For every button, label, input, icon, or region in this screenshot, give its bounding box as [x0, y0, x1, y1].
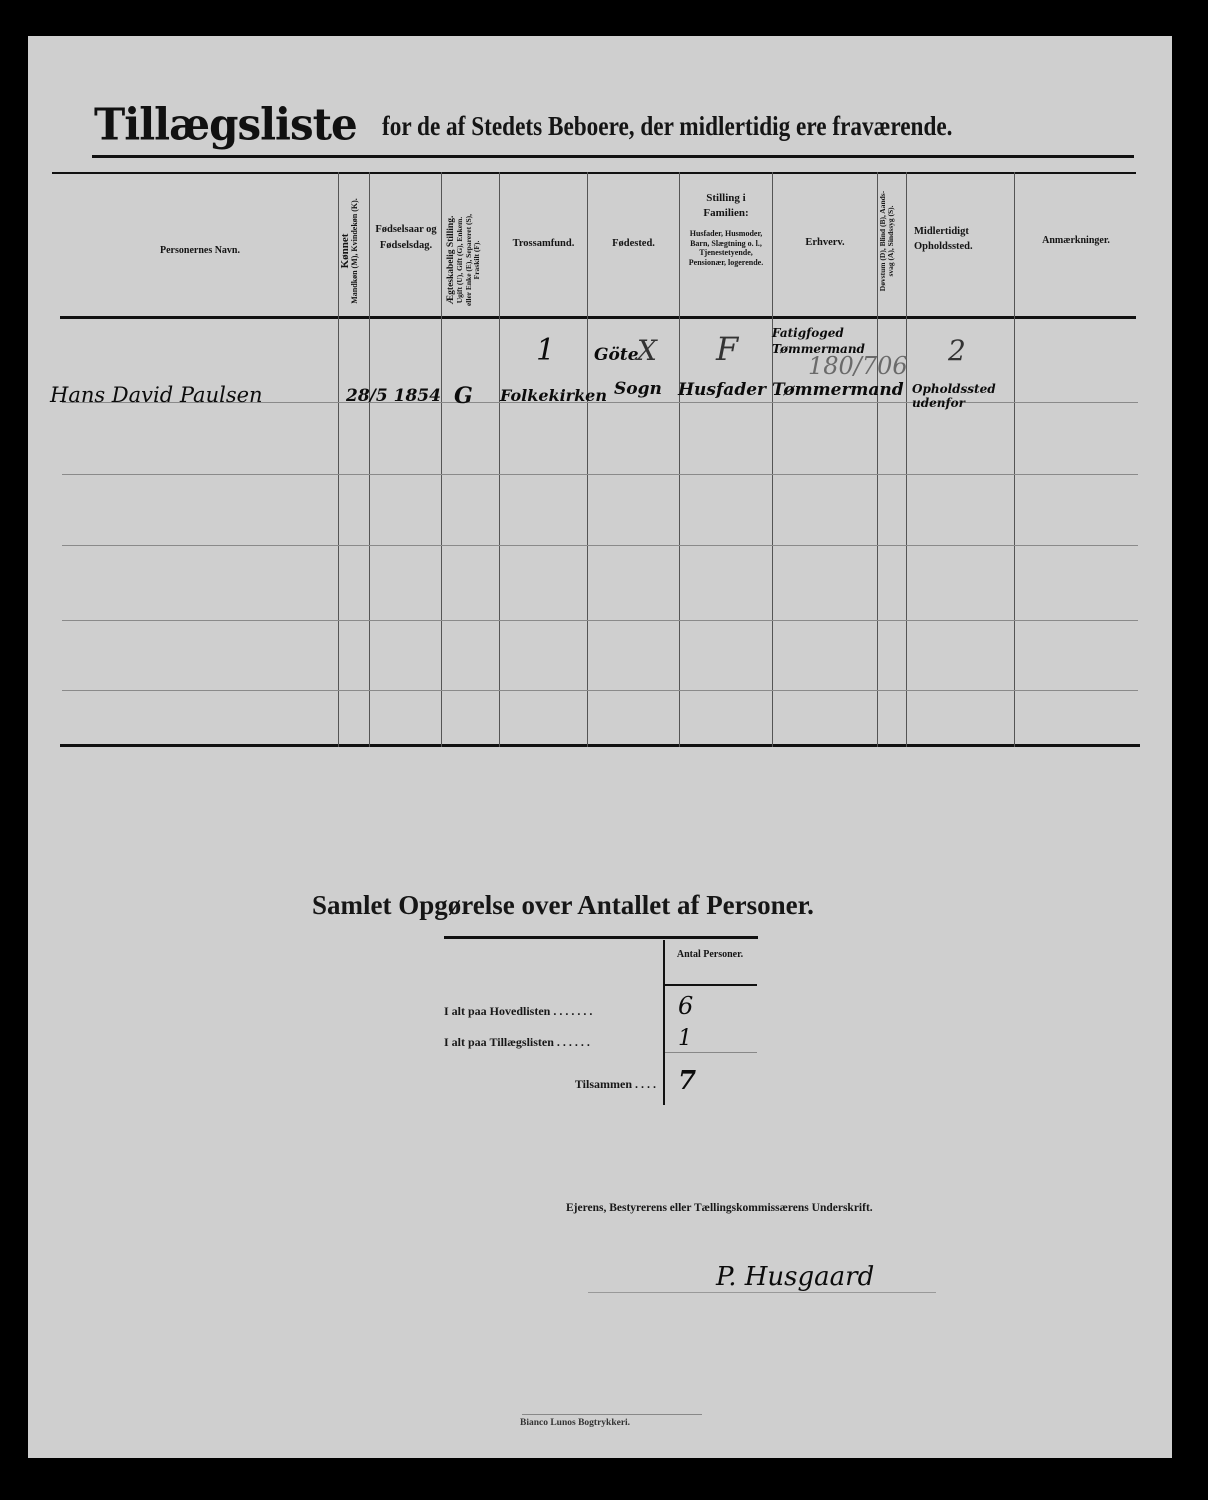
column-divider [369, 172, 370, 747]
header-remarks: Anmærkninger. [1016, 235, 1136, 247]
entry-name: Hans David Paulsen [50, 383, 263, 407]
column-divider [906, 172, 907, 747]
subtitle-emphasis: fraværende. [832, 111, 952, 141]
entry-birthplace-mark: Göte [594, 345, 639, 365]
entry-temp-residence: Opholdssted udenfor [912, 382, 1010, 411]
form-subtitle: for de af Stedets Beboere, der midlertid… [382, 111, 953, 142]
summary-value-supplement-list: 1 [678, 1026, 692, 1051]
header-sex: Kønnet Mandkøn (M), Kvindekøn (K). [339, 181, 369, 321]
column-divider [441, 172, 442, 747]
header-religion: Trossamfund. [500, 238, 587, 250]
entry-family-position: Husfader [678, 380, 766, 400]
entry-occupation: Tømmermand [772, 380, 904, 400]
entry-occupation-line1: Fatigfoged [772, 326, 844, 340]
summary-label-main-list: I alt paa Hovedlisten . . . . . . . [444, 1004, 656, 1019]
entry-birthplace-x: X [637, 334, 657, 367]
column-divider [587, 172, 588, 747]
signature-value: P. Husgaard [716, 1262, 874, 1292]
header-birth: Fødselsaar og Fødselsdag. [372, 222, 440, 254]
printer-imprint: Bianco Lunos Bogtrykkeri. [520, 1418, 630, 1428]
header-marital-line: Fraskilt (F). [473, 193, 481, 327]
entry-marital: G [454, 383, 473, 409]
entry-religion-mark: 1 [536, 333, 555, 368]
column-divider [499, 172, 500, 747]
signature-label: Ejerens, Bestyrerens eller Tællingskommi… [566, 1202, 873, 1214]
row-divider [62, 545, 1138, 546]
signature-line [588, 1292, 936, 1293]
entry-occupation-code: 180/706 [808, 352, 908, 380]
subtitle-text: for de af Stedets Beboere, der midlertid… [382, 111, 827, 141]
row-divider [62, 620, 1138, 621]
summary-label-total: Tilsammen . . . . [444, 1077, 656, 1092]
summary-column-header: Antal Personer. [672, 948, 748, 962]
row-divider [62, 690, 1138, 691]
table-bottom-rule [60, 744, 1140, 747]
form-title: Tillægsliste [94, 99, 357, 150]
summary-value-total: 7 [678, 1066, 696, 1096]
column-divider [679, 172, 680, 747]
header-family-title: Stilling i Familien: [690, 191, 762, 221]
header-name: Personernes Navn. [100, 245, 300, 257]
row-divider [62, 474, 1138, 475]
column-divider [1014, 172, 1015, 747]
summary-top-rule [444, 936, 758, 939]
column-divider [772, 172, 773, 747]
header-bottom-rule [60, 316, 1136, 319]
summary-vertical-rule [663, 940, 665, 1105]
header-sex-detail: Mandkøn (M), Kvindekøn (K). [351, 181, 360, 321]
header-temp-residence: Midlertidigt Opholdssted. [914, 224, 1004, 254]
summary-subtotal-rule [665, 1052, 757, 1053]
summary-label-supplement-list: I alt paa Tillægslisten . . . . . . [444, 1035, 656, 1050]
entry-religion: Folkekirken [500, 386, 607, 405]
header-top-rule [52, 172, 1136, 174]
entry-birth: 28/5 1854 [346, 386, 441, 406]
header-birthplace: Fødested. [588, 238, 679, 250]
header-family-detail: Husfader, Husmoder, Barn, Slægtning o. l… [682, 229, 770, 267]
header-disability: Døvstum (D), Blind (B), Aands- svag (A),… [879, 174, 905, 308]
entry-family-mark: F [716, 330, 738, 368]
printer-rule [522, 1414, 702, 1415]
top-thick-rule [92, 155, 1134, 158]
header-occupation: Erhverv. [773, 237, 877, 249]
summary-value-main-list: 6 [678, 992, 693, 1020]
entry-birthplace: Sogn [614, 379, 662, 399]
header-disability-line: svag (A), Sindssyg (S). [887, 174, 895, 308]
header-marital: Ægteskabelig Stilling. Ugift (U), Gift (… [446, 193, 496, 327]
entry-temp-residence-mark: 2 [948, 334, 966, 367]
summary-title: Samlet Opgørelse over Antallet af Person… [312, 890, 814, 921]
summary-header-rule [665, 984, 757, 986]
